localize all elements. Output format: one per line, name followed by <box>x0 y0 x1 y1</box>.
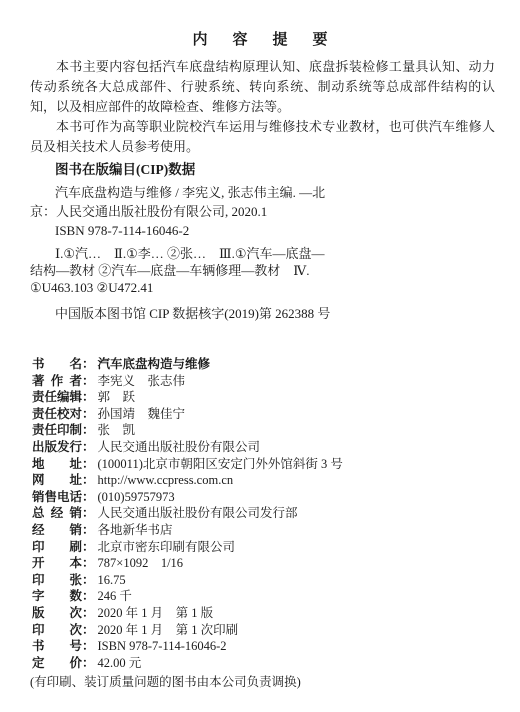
colophon-row-colon: ： <box>82 457 95 471</box>
colophon-row-colon: ： <box>82 374 95 388</box>
colophon-row-colon: ： <box>82 523 95 537</box>
colophon-row: 开本：787×1092 1/16 <box>32 555 500 572</box>
colophon-row-colon: ： <box>82 506 95 520</box>
colophon-row-colon: ： <box>82 423 95 437</box>
colophon-row-value: ISBN 978-7-114-16046-2 <box>98 639 227 653</box>
colophon-row-label: 印张 <box>32 572 82 589</box>
cip-heading: 图书在版编目(CIP)数据 <box>55 158 195 178</box>
colophon-row-label: 经销 <box>32 522 82 539</box>
colophon-row-colon: ： <box>82 589 95 603</box>
cip-record-line: ISBN 978-7-114-16046-2 <box>30 221 495 240</box>
colophon-row: 地址：(100011)北京市朝阳区安定门外外馆斜街 3 号 <box>32 456 500 473</box>
cip-classification-block: Ⅰ.①汽… Ⅱ.①李… ②张… Ⅲ.①汽车—底盘— 结构—教材 ②汽车—底盘—车… <box>30 245 495 296</box>
colophon-row: 销售电话：(010)59757973 <box>32 489 500 506</box>
colophon-row-colon: ： <box>82 540 95 554</box>
colophon-row: 书号：ISBN 978-7-114-16046-2 <box>32 638 500 655</box>
cip-record-line: 京：人民交通出版社股份有限公司, 2020.1 <box>30 202 495 221</box>
colophon-row-value: 246 千 <box>98 589 132 603</box>
colophon-row-label: 开本 <box>32 555 82 572</box>
colophon-row-value: 16.75 <box>98 573 126 587</box>
cip-classification-line: 结构—教材 ②汽车—底盘—车辆修理—教材 Ⅳ. <box>30 262 495 279</box>
colophon-row-colon: ： <box>82 573 95 587</box>
colophon-row-colon: ： <box>82 473 95 487</box>
colophon-row-colon: ： <box>82 623 95 637</box>
colophon-row: 定价：42.00 元 <box>32 655 500 672</box>
colophon-row-label: 著作者 <box>32 373 82 390</box>
colophon-row-colon: ： <box>82 556 95 570</box>
colophon-row: 网址：http://www.ccpress.com.cn <box>32 472 500 489</box>
colophon-row: 总经销：人民交通出版社股份有限公司发行部 <box>32 505 500 522</box>
colophon-row: 书名：汽车底盘构造与维修 <box>32 356 500 373</box>
colophon-row-colon: ： <box>82 357 95 371</box>
colophon-table: 书名：汽车底盘构造与维修 著作者：李宪义 张志伟 责任编辑：郭 跃 责任校对：孙… <box>32 356 500 671</box>
colophon-row-colon: ： <box>82 407 95 421</box>
summary-paragraph: 本书主要内容包括汽车底盘结构原理认知、底盘拆装检修工量具认知、动力传动系统各大总… <box>30 57 495 117</box>
cip-registry-line: 中国版本图书馆 CIP 数据核字(2019)第 262388 号 <box>55 303 330 322</box>
copyright-page: 内容提要 本书主要内容包括汽车底盘结构原理认知、底盘拆装检修工量具认知、动力传动… <box>0 0 520 712</box>
cip-record-block: 汽车底盘构造与维修 / 李宪义, 张志伟主编. —北 京：人民交通出版社股份有限… <box>30 183 495 240</box>
colophon-row-value: 2020 年 1 月 第 1 次印刷 <box>98 623 239 637</box>
footer-note: (有印刷、装订质量问题的图书由本公司负责调换) <box>30 672 301 690</box>
colophon-row: 印张：16.75 <box>32 572 500 589</box>
colophon-row-colon: ： <box>82 606 95 620</box>
colophon-row: 经销：各地新华书店 <box>32 522 500 539</box>
colophon-row: 版次：2020 年 1 月 第 1 版 <box>32 605 500 622</box>
colophon-row-value: 787×1092 1/16 <box>98 556 184 570</box>
colophon-row-value: 2020 年 1 月 第 1 版 <box>98 606 214 620</box>
colophon-row-value: (100011)北京市朝阳区安定门外外馆斜街 3 号 <box>98 457 343 471</box>
colophon-row: 印次：2020 年 1 月 第 1 次印刷 <box>32 622 500 639</box>
cip-classification-line: Ⅰ.①汽… Ⅱ.①李… ②张… Ⅲ.①汽车—底盘— <box>30 245 495 262</box>
colophon-row-value: 人民交通出版社股份有限公司 <box>98 440 261 454</box>
summary-section: 本书主要内容包括汽车底盘结构原理认知、底盘拆装检修工量具认知、动力传动系统各大总… <box>30 57 495 157</box>
cip-classification-line: ①U463.103 ②U472.41 <box>30 279 495 296</box>
colophon-row-value: 42.00 元 <box>98 656 142 670</box>
colophon-row-label: 出版发行 <box>32 439 82 456</box>
colophon-row-label: 地址 <box>32 456 82 473</box>
colophon-row: 责任印制：张 凯 <box>32 422 500 439</box>
colophon-row-label: 定价 <box>32 655 82 672</box>
colophon-row-label: 责任编辑 <box>32 389 82 406</box>
colophon-row-label: 责任校对 <box>32 406 82 423</box>
colophon-row: 著作者：李宪义 张志伟 <box>32 373 500 390</box>
colophon-row-label: 销售电话 <box>32 489 82 506</box>
colophon-row-colon: ： <box>82 639 95 653</box>
summary-paragraph: 本书可作为高等职业院校汽车运用与维修技术专业教材，也可供汽车维修人员及相关技术人… <box>30 117 495 157</box>
colophon-row-value: 汽车底盘构造与维修 <box>98 357 211 371</box>
colophon-row-value: 各地新华书店 <box>98 523 173 537</box>
cip-record-line: 汽车底盘构造与维修 / 李宪义, 张志伟主编. —北 <box>30 183 495 202</box>
colophon-row-value: http://www.ccpress.com.cn <box>98 473 234 487</box>
colophon-row-label: 印次 <box>32 622 82 639</box>
colophon-row-label: 印刷 <box>32 539 82 556</box>
colophon-row-value: 李宪义 张志伟 <box>98 374 186 388</box>
colophon-row-colon: ： <box>82 440 95 454</box>
colophon-row-value: 孙国靖 魏佳宁 <box>98 407 186 421</box>
colophon-row-label: 总经销 <box>32 505 82 522</box>
colophon-row-label: 版次 <box>32 605 82 622</box>
colophon-row-value: 人民交通出版社股份有限公司发行部 <box>98 506 298 520</box>
colophon-row-colon: ： <box>82 390 95 404</box>
colophon-row-label: 责任印制 <box>32 422 82 439</box>
colophon-row-colon: ： <box>82 490 95 504</box>
colophon-row: 字数：246 千 <box>32 588 500 605</box>
colophon-row-value: 北京市密东印刷有限公司 <box>98 540 236 554</box>
colophon-row-label: 字数 <box>32 588 82 605</box>
colophon-row-label: 书号 <box>32 638 82 655</box>
colophon-row: 责任编辑：郭 跃 <box>32 389 500 406</box>
colophon-row-colon: ： <box>82 656 95 670</box>
colophon-row-value: (010)59757973 <box>98 490 175 504</box>
colophon-row: 印刷：北京市密东印刷有限公司 <box>32 539 500 556</box>
colophon-row-label: 书名 <box>32 356 82 373</box>
colophon-row-value: 郭 跃 <box>98 390 136 404</box>
colophon-row: 出版发行：人民交通出版社股份有限公司 <box>32 439 500 456</box>
colophon-row-value: 张 凯 <box>98 423 136 437</box>
colophon-row: 责任校对：孙国靖 魏佳宁 <box>32 406 500 423</box>
summary-title: 内容提要 <box>0 28 520 49</box>
colophon-row-label: 网址 <box>32 472 82 489</box>
